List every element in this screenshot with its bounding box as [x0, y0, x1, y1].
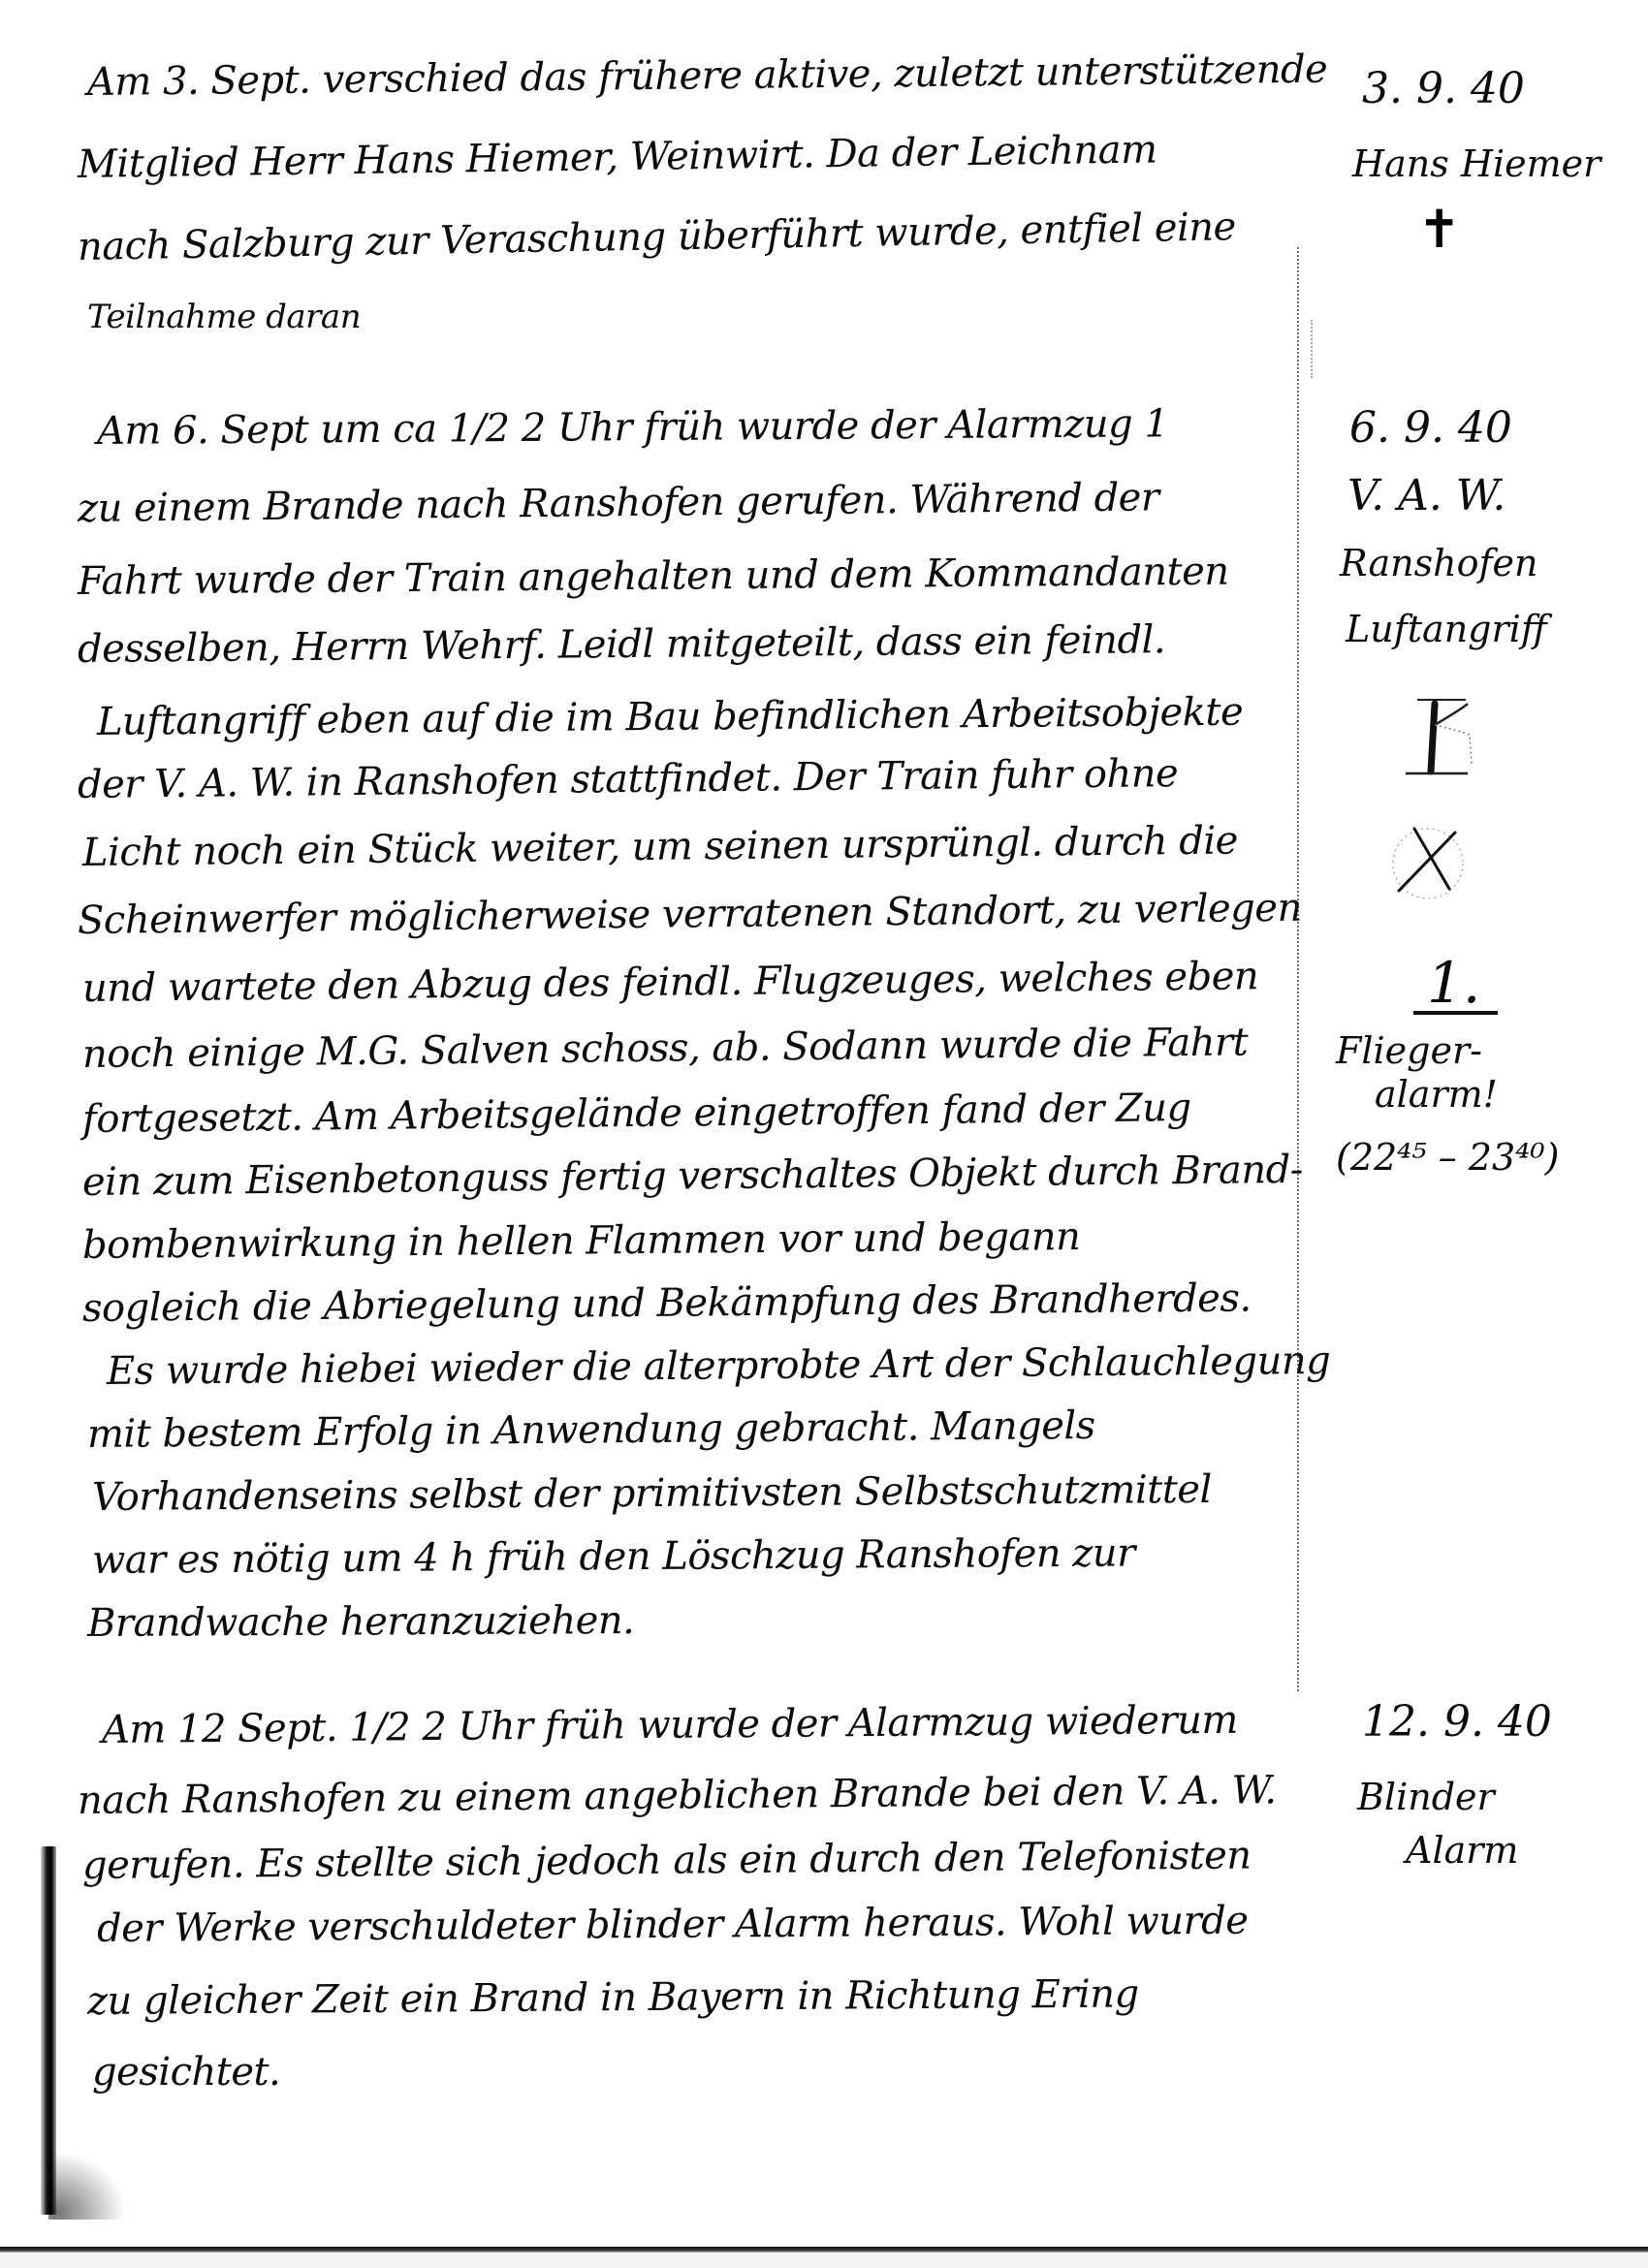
scan-smudge: [48, 2152, 126, 2220]
entry-line: mit bestem Erfolg in Anwendung gebracht.…: [87, 1406, 1095, 1454]
entry-line: der Werke verschuldeter blinder Alarm he…: [97, 1902, 1249, 1948]
entry-line: der V. A. W. in Ranshofen stattfindet. D…: [78, 754, 1179, 804]
entry-line: Teilnahme daran: [87, 300, 361, 333]
letter-b-symbol-icon: [1388, 696, 1481, 779]
margin-org: V. A. W.: [1347, 475, 1505, 518]
entry-line: fortgesetzt. Am Arbeitsgelände eingetrof…: [82, 1088, 1191, 1139]
margin-date: 12. 9. 40: [1362, 1701, 1552, 1744]
entry-line: und wartete den Abzug des feindl. Flugze…: [82, 957, 1259, 1008]
entry-line: Am 3. Sept. verschied das frühere aktive…: [87, 50, 1328, 102]
margin-time-range: (22⁴⁵ – 23⁴⁰): [1336, 1139, 1559, 1176]
entry-line: Am 6. Sept um ca 1/2 2 Uhr früh wurde de…: [97, 404, 1169, 451]
margin-divider-mark: [1311, 320, 1313, 378]
death-cross-icon: ✝: [1417, 199, 1461, 260]
crossed-circle-symbol-icon: [1381, 817, 1474, 904]
entry-line: gesichtet.: [92, 2053, 280, 2092]
entry-line: war es nötig um 4 h früh den Löschzug Ra…: [92, 1533, 1135, 1580]
margin-divider-line: [1297, 247, 1299, 1691]
margin-alarm-line-2: alarm!: [1375, 1076, 1498, 1113]
entry-line: ein zum Eisenbetonguss fertig verschalte…: [82, 1150, 1303, 1202]
margin-event: Luftangriff: [1346, 611, 1547, 647]
margin-date: 6. 9. 40: [1349, 407, 1512, 450]
entry-line: Fahrt wurde der Train angehalten und dem…: [78, 552, 1229, 601]
entry-line: gerufen. Es stellte sich jedoch als ein …: [82, 1836, 1252, 1885]
entry-line: desselben, Herrn Wehrf. Leidl mitgeteilt…: [78, 620, 1165, 669]
margin-label-line-2: Alarm: [1406, 1832, 1518, 1869]
margin-number: 1.: [1413, 955, 1498, 1015]
entry-line: zu einem Brande nach Ranshofen gerufen. …: [78, 478, 1159, 528]
entry-line: Licht noch ein Stück weiter, um seinen u…: [82, 822, 1238, 872]
entry-line: Luftangriff eben auf die im Bau befindli…: [97, 693, 1244, 741]
entry-line: nach Ranshofen zu einem angeblichen Bran…: [78, 1771, 1277, 1820]
margin-date: 3. 9. 40: [1362, 68, 1525, 110]
entry-line: sogleich die Abriegelung und Bekämpfung …: [82, 1278, 1252, 1328]
scan-background: [0, 2252, 1648, 2268]
entry-line: zu gleicher Zeit ein Brand in Bayern in …: [87, 1974, 1139, 2021]
entry-line: Es wurde hiebei wieder die alterprobte A…: [107, 1341, 1331, 1391]
entry-line: Vorhandenseins selbst der primitivsten S…: [92, 1470, 1212, 1517]
entry-line: Am 12 Sept. 1/2 2 Uhr früh wurde der Ala…: [102, 1701, 1238, 1749]
margin-label-line-1: Blinder: [1357, 1779, 1495, 1815]
entry-line: Scheinwerfer möglicherweise verratenen S…: [78, 889, 1302, 940]
entry-line: Mitglied Herr Hans Hiemer, Weinwirt. Da …: [78, 130, 1157, 184]
scanned-page: Am 3. Sept. verschied das frühere aktive…: [0, 0, 1648, 2253]
margin-place: Ranshofen: [1340, 545, 1538, 582]
margin-name: Hans Hiemer: [1352, 145, 1600, 182]
entry-line: bombenwirkung in hellen Flammen vor und …: [82, 1217, 1081, 1265]
entry-line: nach Salzburg zur Veraschung überführt w…: [78, 207, 1236, 267]
entry-line: noch einige M.G. Salven schoss, ab. Soda…: [82, 1023, 1249, 1074]
margin-alarm-line-1: Flieger-: [1336, 1032, 1482, 1069]
entry-line: Brandwache heranzuziehen.: [87, 1601, 635, 1643]
